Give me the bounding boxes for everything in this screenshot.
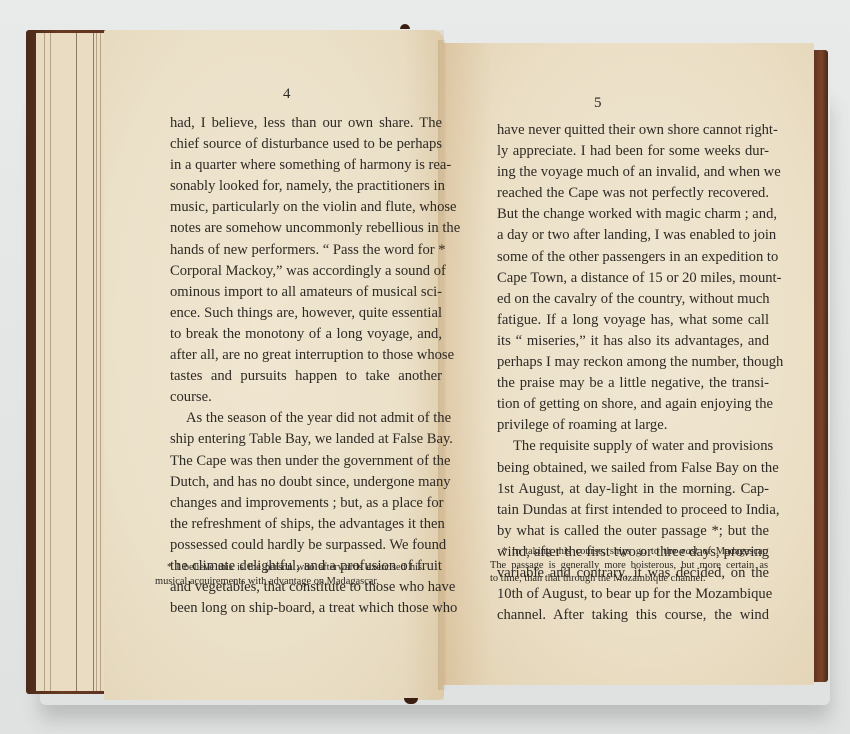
page-edge [93,33,94,691]
page-edges-stack [36,33,106,691]
text-line: after all, are no great interruption to … [170,345,442,366]
text-line: 1st August, at day-light in the morning.… [497,479,769,500]
text-line: hands of new performers. “ Pass the word… [170,240,442,261]
text-line: by what is called the outer passage *; b… [497,521,769,542]
footnote-line: The passage is generally more boisterous… [490,559,768,573]
text-line: ominous import to all amateurs of musica… [170,282,442,303]
text-line: Cape Town, a distance of 15 or 20 miles,… [497,268,769,289]
page-edge [76,33,77,691]
footnote-line: * I believe this is the person who after… [155,561,422,575]
text-line: The Cape was then under the government o… [170,451,442,472]
text-line: sonably looked for, namely, the practiti… [170,176,442,197]
text-line: a day or two after landing, I was enable… [497,225,769,246]
text-line: the praise may be a little negative, the… [497,373,769,394]
text-line: Dutch, and has no doubt since, undergone… [170,472,442,493]
text-line: notes are somehow uncommonly rebellious … [170,218,442,239]
footnote-line: * In taking this course, ships go to the… [490,545,768,559]
right-page-footnote: * In taking this course, ships go to the… [490,545,768,586]
text-line: changes and improvements ; but, as a pla… [170,493,442,514]
text-line: tion of getting on shore, and again enjo… [497,394,769,415]
footnote-line: to time, than that through the Mozambiqu… [490,572,768,586]
text-line: chief source of disturbance used to be p… [170,134,442,155]
page-number-right: 5 [594,95,602,112]
text-line: possessed could hardly be surpassed. We … [170,535,442,556]
footnote-text: of Madagascar. [698,546,768,557]
text-line: have never quitted their own shore canno… [497,120,769,141]
text-line: ed on the cavalry of the country, withou… [497,289,769,310]
text-line: some of the other passengers in an exped… [497,247,769,268]
text-line: tain Dundas at first intended to proceed… [497,500,769,521]
page-edge [50,33,51,691]
footnote-text: * In taking this course, ships go to the [502,546,681,557]
text-line: course. [170,387,442,408]
footnote-line: musical acquirements with advantage on M… [155,575,422,589]
text-line: been long on ship-board, a treat which t… [170,598,442,619]
text-line: The requisite supply of water and provis… [497,436,769,457]
text-line: ence. Such things are, however, quite es… [170,303,442,324]
page-edge [44,33,45,691]
text-line: ing the voyage much of an invalid, and w… [497,162,769,183]
text-line: to break the monotony of a long voyage, … [170,324,442,345]
text-line: channel. After taking this course, the w… [497,605,769,626]
text-line: music, particularly on the violin and fl… [170,197,442,218]
page-number-left: 4 [283,86,291,103]
text-line: perhaps I may reckon among the number, t… [497,352,769,373]
text-line: privilege of roaming at large. [497,415,769,436]
text-line: 10th of August, to bear up for the Mozam… [497,584,769,605]
text-line: ly appreciate. I had been for some weeks… [497,141,769,162]
text-line: fatigue. If a long voyage has, what some… [497,310,769,331]
text-line: being obtained, we sailed from False Bay… [497,458,769,479]
left-page-body: had, I believe, less than our own share.… [170,113,442,619]
photo-scene: 4 had, I believe, less than our own shar… [0,0,850,734]
text-line: in a quarter where something of harmony … [170,155,442,176]
text-line: had, I believe, less than our own share.… [170,113,442,134]
page-edge [100,33,101,691]
text-line: ship entering Table Bay, we landed at Fa… [170,429,442,450]
text-line: reached the Cape was not perfectly recov… [497,183,769,204]
text-line: the refreshment of ships, the advantages… [170,514,442,535]
text-line: Corporal Mackoy,” was accordingly a soun… [170,261,442,282]
text-line: But the change worked with magic charm ;… [497,204,769,225]
headband [400,24,410,29]
page-edge [96,33,97,691]
text-line: its “ miseries,” it has also its advanta… [497,331,769,352]
footnote-italic-word: east [681,546,698,557]
text-line: tastes and pursuits happen to take anoth… [170,366,442,387]
left-page-footnote: * I believe this is the person who after… [155,561,422,588]
leather-cover-right [812,50,828,682]
text-line: As the season of the year did not admit … [170,408,442,429]
